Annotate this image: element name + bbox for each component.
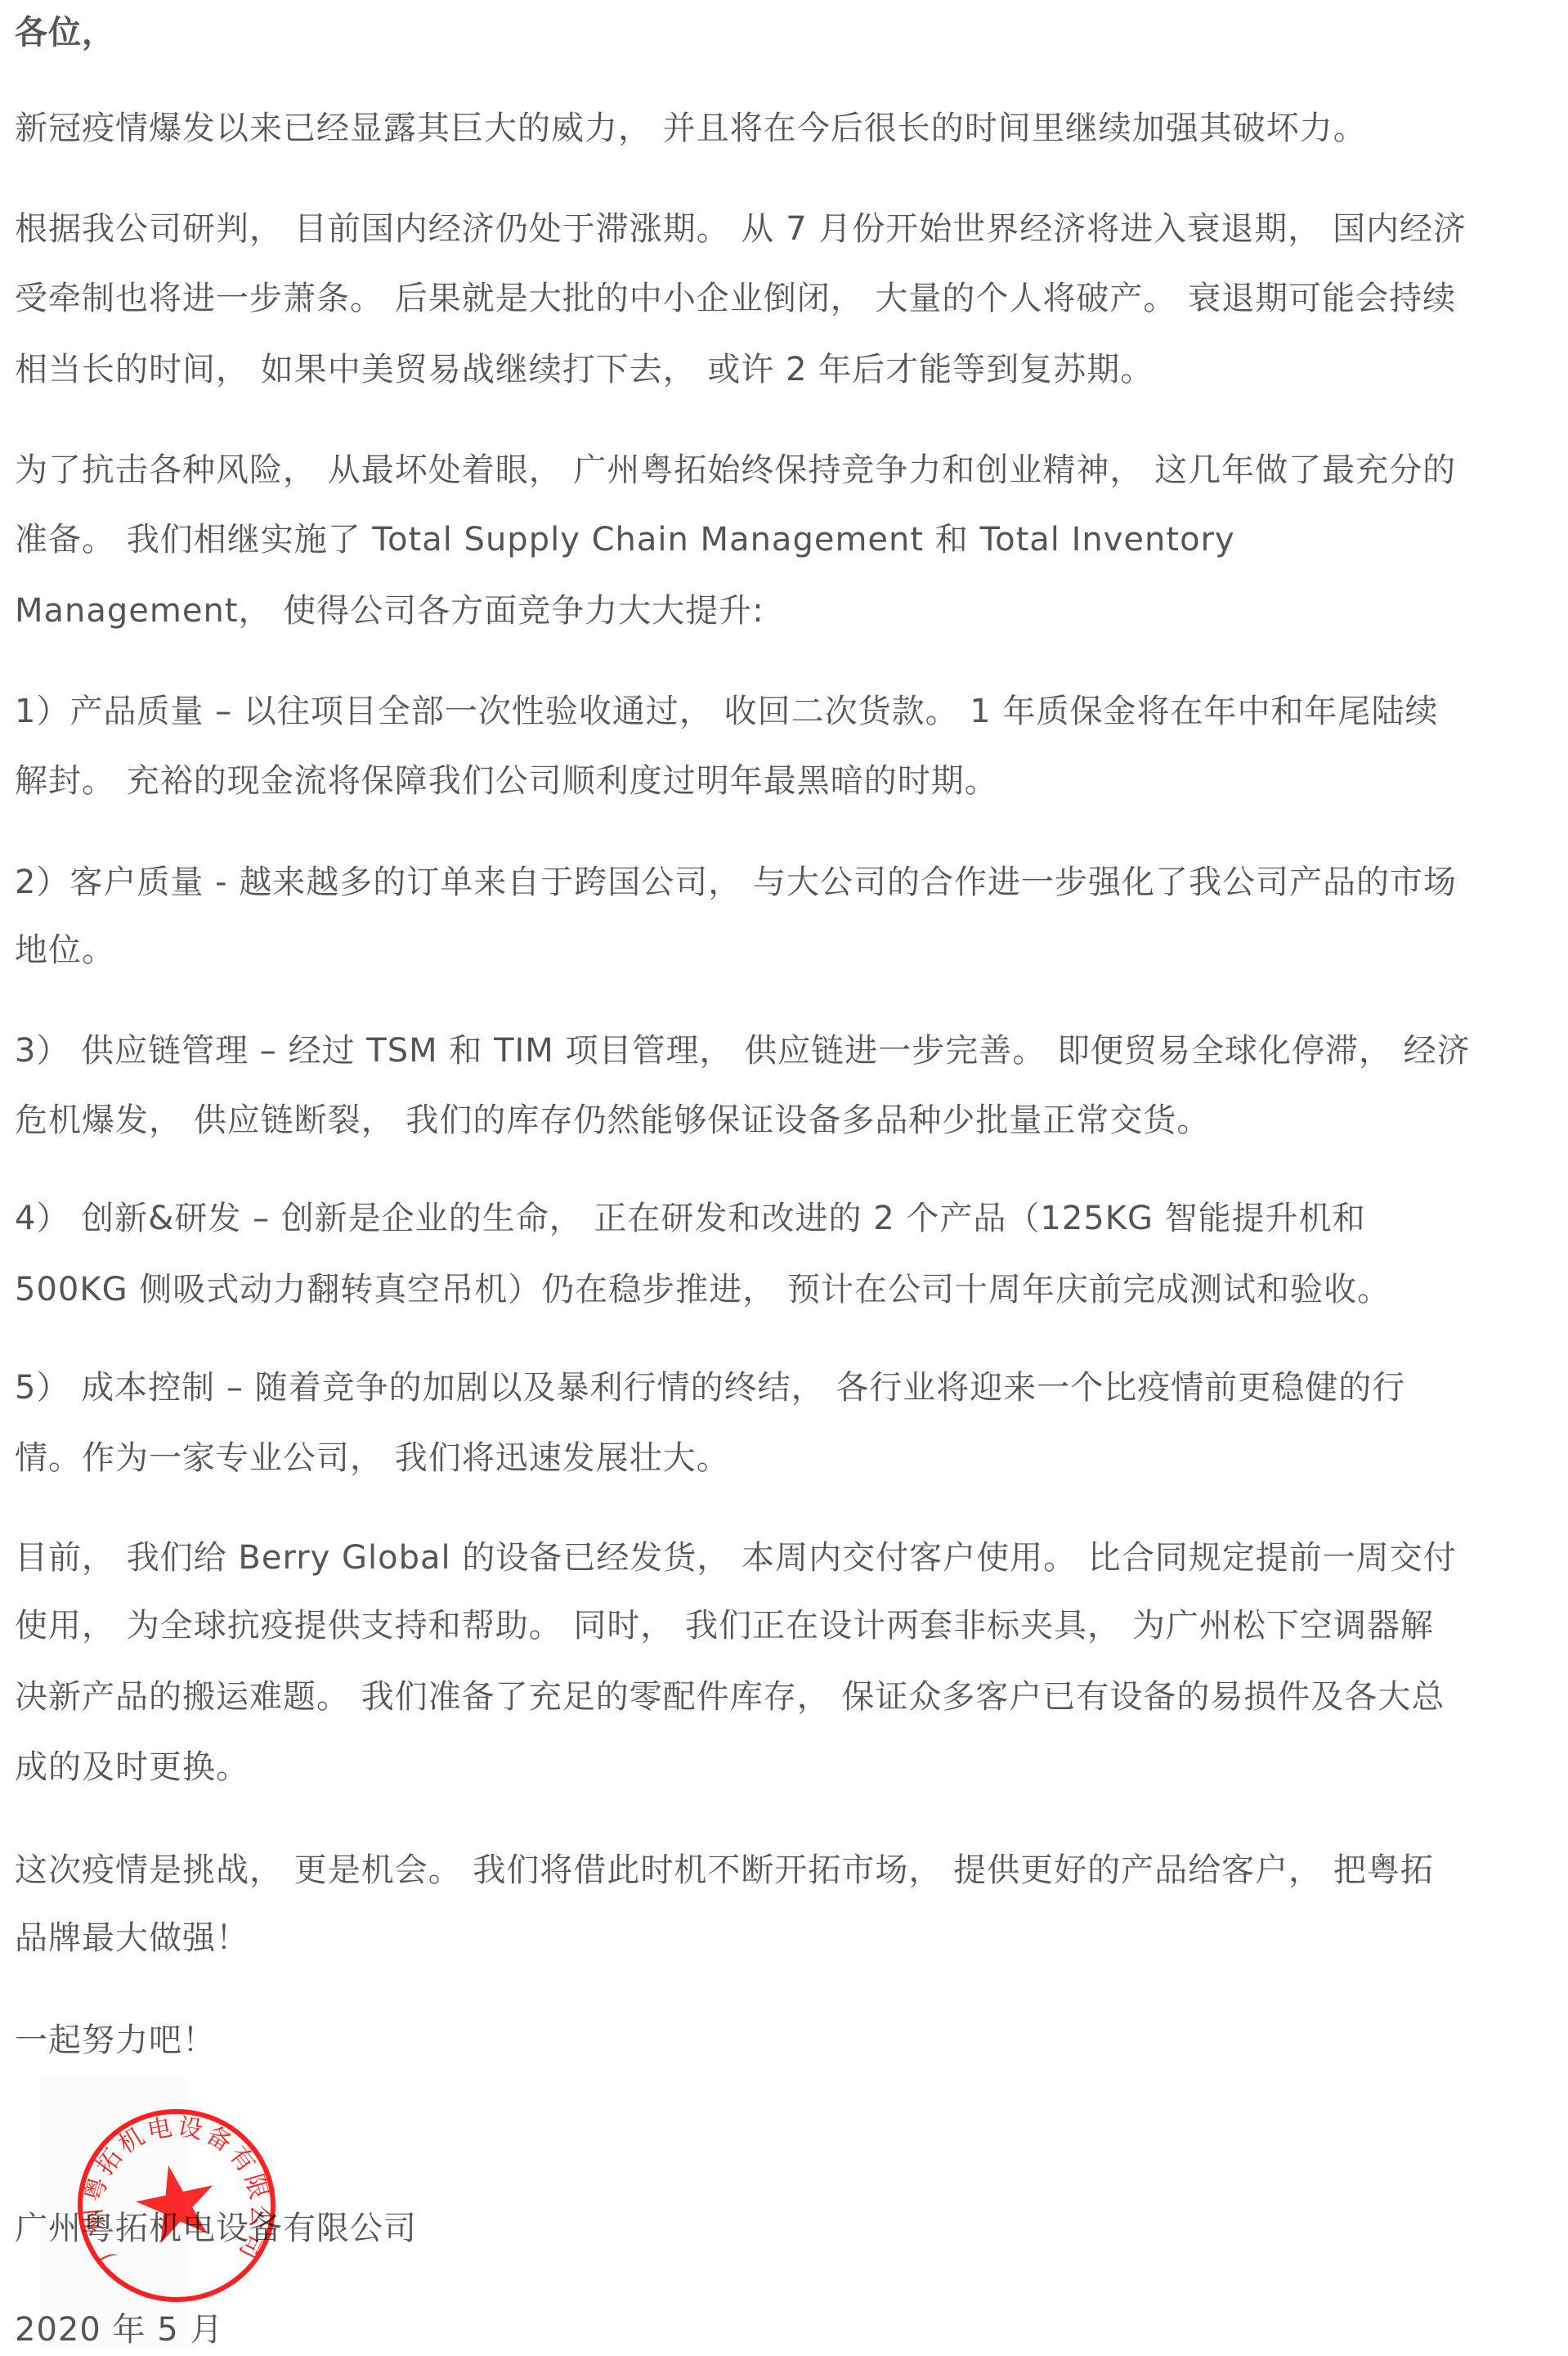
paragraph-line: 为了抗击各种风险， 从最坏处着眼， 广州粤拓始终保持竞争力和创业精神， 这几年做… [15, 451, 1456, 490]
greeting: 各位， [15, 13, 115, 52]
paragraph-line: 决新产品的搬运难题。 我们准备了充足的零配件库存， 保证众多客户已有设备的易损件… [15, 1677, 1445, 1717]
signature-date: 2020 年 5 月 [15, 2310, 223, 2349]
paragraph-line: 4） 创新&研发 – 创新是企业的生命， 正在研发和改进的 2 个产品（125K… [15, 1199, 1366, 1238]
paragraph-line: 500KG 侧吸式动力翻转真空吊机）仍在稳步推进， 预计在公司十周年庆前完成测试… [15, 1270, 1391, 1309]
paragraph-line: 根据我公司研判， 目前国内经济仍处于滞涨期。 从 7 月份开始世界经济将进入衰退… [15, 209, 1467, 249]
paragraph-line: 地位。 [15, 931, 115, 970]
paragraph-line: 相当长的时间， 如果中美贸易战继续打下去， 或许 2 年后才能等到复苏期。 [15, 350, 1154, 389]
paragraph-line: 情。作为一家专业公司， 我们将迅速发展壮大。 [15, 1438, 730, 1478]
paragraph-line: 品牌最大做强！ [15, 1918, 249, 1958]
paragraph-line: Management， 使得公司各方面竞争力大大提升: [15, 591, 764, 631]
paragraph-line: 危机爆发， 供应链断裂， 我们的库存仍然能够保证设备多品种少批量正常交货。 [15, 1101, 1210, 1140]
paragraph-line: 这次疫情是挑战， 更是机会。 我们将借此时机不断开拓市场， 提供更好的产品给客户… [15, 1851, 1434, 1890]
paragraph-line: 准备。 我们相继实施了 Total Supply Chain Managemen… [15, 520, 1235, 559]
paragraph-line: 一起努力吧！ [15, 2021, 216, 2060]
paragraph-line: 3） 供应链管理 – 经过 TSM 和 TIM 项目管理， 供应链进一步完善。 … [15, 1031, 1471, 1070]
paragraph-line: 目前， 我们给 Berry Global 的设备已经发货， 本周内交付客户使用。… [15, 1538, 1457, 1577]
paragraph-line: 使用， 为全球抗疫提供支持和帮助。 同时， 我们正在设计两套非标夹具， 为广州松… [15, 1606, 1434, 1645]
paragraph-line: 1）产品质量 – 以往项目全部一次性验收通过， 收回二次货款。 1 年质保金将在… [15, 692, 1438, 731]
paragraph-line: 2）客户质量 - 越来越多的订单来自于跨国公司， 与大公司的合作进一步强化了我公… [15, 863, 1457, 902]
paragraph-line: 新冠疫情爆发以来已经显露其巨大的威力， 并且将在今后很长的时间里继续加强其破坏力… [15, 109, 1367, 148]
paragraph-line: 解封。 充裕的现金流将保障我们公司顺利度过明年最黑暗的时期。 [15, 761, 998, 801]
paragraph-line: 受牵制也将进一步萧条。 后果就是大批的中小企业倒闭， 大量的个人将破产。 衰退期… [15, 279, 1456, 318]
paragraph-line: 成的及时更换。 [15, 1748, 249, 1787]
paragraph-line: 5） 成本控制 – 随着竞争的加剧以及暴利行情的终结， 各行业将迎来一个比疫情前… [15, 1368, 1405, 1407]
signature-company: 广州粤拓机电设备有限公司 [15, 2209, 417, 2248]
